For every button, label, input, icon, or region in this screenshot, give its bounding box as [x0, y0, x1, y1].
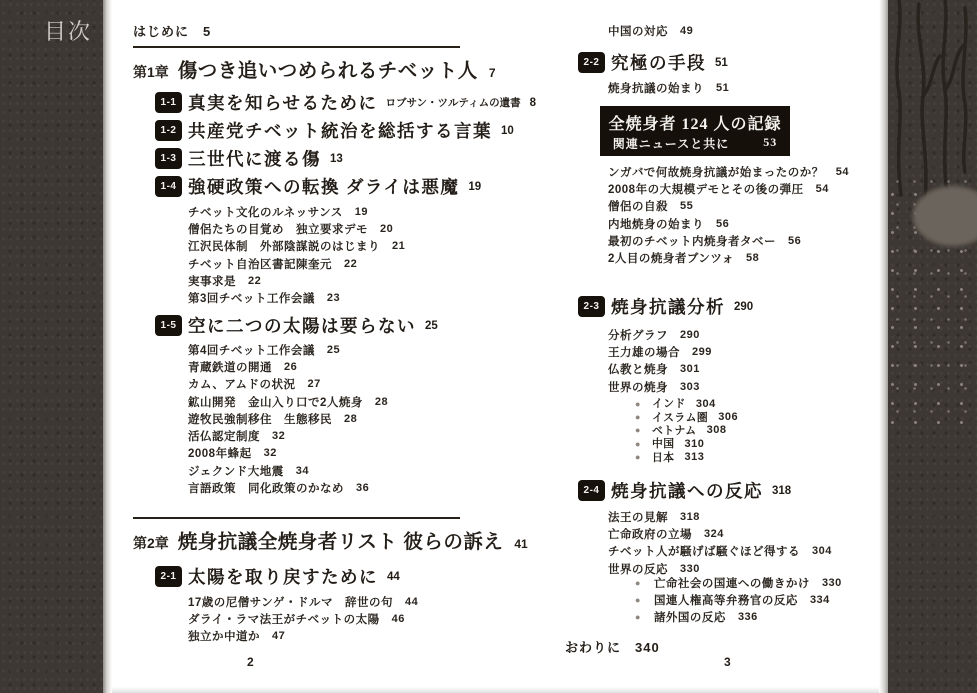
entry-label: 言語政策 同化政策のかなめ	[188, 480, 344, 496]
entry-page: 313	[685, 451, 705, 463]
entry-page: 44	[405, 596, 418, 608]
entry-label: 江沢民体制 外部陰謀説のはじまり	[188, 238, 380, 254]
divider-rule	[133, 517, 460, 519]
entry-page: 36	[356, 482, 369, 494]
section-2-2-entries: ンガバで何故焼身抗議が始まったのか？ 54 2008年の大規模デモとその後の弾圧…	[608, 163, 849, 267]
toc-entry: 実事求是 22	[188, 272, 405, 289]
entry-page: 46	[392, 613, 405, 625]
toc-entry: 青蔵鉄道の開通 26	[188, 358, 388, 375]
entry-page: 330	[680, 563, 700, 575]
section-1-4-entries: チベット文化のルネッサンス 19 僧侶たちの目覚め 独立要求デモ 20 江沢民体…	[188, 203, 405, 307]
record-box-title: 全焼身者 124 人の記録	[608, 111, 781, 134]
toc-entry: 仏教と焼身 301	[608, 361, 712, 378]
frontmatter-entry: はじめに 5	[133, 21, 211, 40]
section-1-3: 1-3 三世代に渡る傷 13	[155, 146, 343, 171]
chapter-title: 焼身抗議全焼身者リスト 彼らの訴え	[178, 526, 504, 554]
toc-entry: 世界の焼身 303	[608, 378, 712, 395]
entry-page: 58	[746, 252, 759, 264]
section-page: 8	[530, 97, 536, 109]
bullet-icon: ●	[635, 578, 641, 588]
entry-page: 20	[380, 223, 393, 235]
entry-page: 25	[327, 344, 340, 356]
entry-label: 日本	[652, 450, 675, 465]
entry-label: チベット自治区書記陳奎元	[188, 256, 332, 272]
toc-entry: 江沢民体制 外部陰謀説のはじまり 21	[188, 238, 405, 255]
record-box-page: 53	[763, 135, 777, 152]
backmatter-page: 340	[635, 640, 660, 655]
section-page: 318	[772, 485, 791, 497]
entry-label: 17歳の尼僧サンゲ・ドルマ 辞世の句	[188, 594, 393, 610]
section-2-1: 2-1 太陽を取り戻すために 44	[155, 564, 400, 589]
entry-label: 独立か中道か	[188, 628, 260, 644]
entry-page: 28	[344, 413, 357, 425]
toc-entry: 分析グラフ 290	[608, 326, 712, 343]
toc-entry: 最初のチベット内焼身者タベー 56	[608, 232, 849, 249]
entry-page: 34	[296, 465, 309, 477]
toc-entry: 17歳の尼僧サンゲ・ドルマ 辞世の句 44	[188, 593, 418, 610]
entry-page: 51	[716, 82, 729, 94]
toc-entry: 焼身抗議の始まり 51	[608, 80, 729, 96]
toc-entry: ジェクンド大地震 34	[188, 462, 388, 479]
toc-entry: ● 諸外国の反応 336	[635, 609, 842, 626]
toc-entry: チベット人が騒げば騒ぐほど得する 304	[608, 543, 832, 560]
toc-entry: 遊牧民強制移住 生態移民 28	[188, 410, 388, 427]
entry-page: 336	[738, 611, 758, 623]
section-badge: 2-1	[155, 566, 182, 587]
bullet-icon: ●	[635, 425, 641, 435]
section-title: 太陽を取り戻すために	[188, 564, 378, 589]
section-2-4-entries: 法王の見解 318 亡命政府の立場 324 チベット人が騒げば騒ぐほど得する 3…	[608, 508, 832, 577]
entry-page: 32	[264, 447, 277, 459]
toc-entry: 独立か中道か 47	[188, 628, 418, 645]
toc-entry: 言語政策 同化政策のかなめ 36	[188, 479, 388, 496]
entry-label: ンガバで何故焼身抗議が始まったのか？	[608, 164, 824, 180]
book-spread: はじめに 5 第1章 傷つき追いつめられるチベット人 7 1-1 真実を知らせる…	[103, 0, 888, 693]
entry-label: 青蔵鉄道の開通	[188, 359, 272, 375]
chapter-page: 7	[489, 66, 496, 80]
toc-entry: ンガバで何故焼身抗議が始まったのか？ 54	[608, 163, 849, 180]
entry-page: 324	[704, 528, 724, 540]
section-title: 強硬政策への転換 ダライは悪魔	[188, 174, 459, 199]
entry-label: 仏教と焼身	[608, 361, 668, 377]
section-page: 13	[330, 153, 343, 165]
section-badge: 2-4	[578, 480, 605, 501]
section-1-5: 1-5 空に二つの太陽は要らない 25	[155, 313, 438, 338]
section-page: 44	[387, 571, 400, 583]
toc-entry: 鉱山開発 金山入り口で2人焼身 28	[188, 393, 388, 410]
toc-entry: 2008年蜂起 32	[188, 445, 388, 462]
entry-label: 2008年の大規模デモとその後の弾圧	[608, 181, 804, 197]
bullet-icon: ●	[635, 595, 641, 605]
toc-entry: 亡命政府の立場 324	[608, 525, 832, 542]
entry-label: 最初のチベット内焼身者タベー	[608, 233, 776, 249]
entry-label: 焼身抗議の始まり	[608, 80, 704, 96]
entry-label: 第4回チベット工作会議	[188, 342, 315, 358]
entry-label: 中国の対応	[608, 23, 668, 39]
section-title: 焼身抗議への反応	[611, 478, 763, 503]
entry-page: 54	[836, 166, 849, 178]
section-badge: 1-4	[155, 176, 182, 197]
entry-page: 303	[680, 381, 700, 393]
toc-entry: 中国の対応 49	[608, 23, 693, 39]
entry-label: 諸外国の反応	[654, 609, 726, 625]
entry-label: 実事求是	[188, 273, 236, 289]
section-2-4: 2-4 焼身抗議への反応 318	[578, 478, 791, 503]
section-page: 51	[715, 57, 728, 69]
chapter-number: 第1章	[133, 62, 169, 82]
entry-label: チベット文化のルネッサンス	[188, 204, 343, 220]
chapter-number: 第2章	[133, 533, 169, 553]
section-page: 290	[734, 301, 753, 313]
bullet-icon: ●	[635, 412, 641, 422]
entry-label: 僧侶たちの目覚め 独立要求デモ	[188, 221, 368, 237]
entry-label: カム、アムドの状況	[188, 376, 296, 392]
toc-entry: ● 中国 310	[635, 437, 738, 450]
entry-page: 56	[716, 218, 729, 230]
toc-entry: チベット自治区書記陳奎元 22	[188, 255, 405, 272]
backmatter-entry: おわりに 340	[565, 637, 660, 656]
section-badge: 1-2	[155, 120, 182, 141]
entry-label: 鉱山開発 金山入り口で2人焼身	[188, 394, 363, 410]
chapter-title: 傷つき追いつめられるチベット人	[178, 55, 478, 83]
entry-label: 亡命政府の立場	[608, 526, 692, 542]
record-highlight-box: 全焼身者 124 人の記録 関連ニュースと共に 53	[600, 106, 790, 156]
entry-label: 遊牧民強制移住 生態移民	[188, 411, 332, 427]
entry-page: 19	[355, 206, 368, 218]
section-badge: 1-5	[155, 315, 182, 336]
section-1-5-entries: 第4回チベット工作会議 25 青蔵鉄道の開通 26 カム、アムドの状況 27 鉱…	[188, 341, 388, 497]
entry-page: 330	[822, 577, 842, 589]
backmatter-label: おわりに	[565, 637, 621, 656]
section-2-4-bullet-entries: ● 亡命社会の国連への働きかけ 330 ● 国連人権高等弁務官の反応 334 ●…	[635, 574, 842, 626]
toc-entry: 王力雄の場合 299	[608, 343, 712, 360]
section-2-3: 2-3 焼身抗議分析 290	[578, 294, 753, 319]
chapter-page: 41	[514, 537, 527, 551]
entry-page: 318	[680, 511, 700, 523]
entry-label: チベット人が騒げば騒ぐほど得する	[608, 543, 800, 559]
entry-label: 分析グラフ	[608, 327, 668, 343]
entry-page: 306	[718, 411, 738, 423]
chapter-1-heading: 第1章 傷つき追いつめられるチベット人 7	[133, 55, 496, 83]
entry-page: 47	[272, 630, 285, 642]
record-box-subtitle-text: 関連ニュースと共に	[613, 135, 729, 152]
toc-entry: 活仏認定制度 32	[188, 427, 388, 444]
entry-page: 54	[816, 183, 829, 195]
bullet-icon: ●	[635, 612, 641, 622]
entry-page: 334	[810, 594, 830, 606]
entry-page: 22	[344, 258, 357, 270]
section-2-1-entries: 17歳の尼僧サンゲ・ドルマ 辞世の句 44 ダライ・ラマ法王がチベットの太陽 4…	[188, 593, 418, 645]
toc-entry: 法王の見解 318	[608, 508, 832, 525]
entry-page: 23	[327, 292, 340, 304]
entry-label: ジェクンド大地震	[188, 463, 284, 479]
chapter-2-heading: 第2章 焼身抗議全焼身者リスト 彼らの訴え 41	[133, 526, 528, 554]
entry-page: 304	[812, 545, 832, 557]
section-title: 究極の手段	[611, 50, 706, 75]
entry-page: 308	[707, 424, 727, 436]
toc-entry: 第4回チベット工作会議 25	[188, 341, 388, 358]
section-page: 25	[425, 320, 438, 332]
entry-label: 世界の焼身	[608, 379, 668, 395]
entry-page: 32	[272, 430, 285, 442]
entry-label: 亡命社会の国連への働きかけ	[654, 575, 810, 591]
toc-entry: ● ベトナム 308	[635, 424, 738, 437]
entry-page: 304	[696, 398, 716, 410]
section-note: ロブサン・ツルティムの遺書	[385, 95, 520, 110]
entry-page: 27	[308, 378, 321, 390]
toc-entry: ● 亡命社会の国連への働きかけ 330	[635, 574, 842, 591]
section-1-4: 1-4 強硬政策への転換 ダライは悪魔 19	[155, 174, 481, 199]
bullet-icon: ●	[635, 452, 641, 462]
entry-label: 2人目の焼身者ブンツォ	[608, 250, 734, 266]
folio-right: 3	[724, 655, 731, 669]
section-title: 空に二つの太陽は要らない	[188, 313, 416, 338]
entry-page: 301	[680, 363, 700, 375]
toc-entry: ● インド 304	[635, 397, 738, 410]
toc-entry: 2人目の焼身者ブンツォ 58	[608, 249, 849, 266]
toc-entry: ● 国連人権高等弁務官の反応 334	[635, 591, 842, 608]
entry-page: 26	[284, 361, 297, 373]
toc-entry: カム、アムドの状況 27	[188, 376, 388, 393]
section-badge: 1-3	[155, 148, 182, 169]
entry-label: 僧侶の自殺	[608, 198, 668, 214]
toc-entry: チベット文化のルネッサンス 19	[188, 203, 405, 220]
toc-entry: 僧侶の自殺 55	[608, 198, 849, 215]
bullet-icon: ●	[635, 399, 641, 409]
section-2-3-entries: 分析グラフ 290 王力雄の場合 299 仏教と焼身 301 世界の焼身 303	[608, 326, 712, 395]
entry-label: 法王の見解	[608, 509, 668, 525]
entry-label: 王力雄の場合	[608, 344, 680, 360]
toc-overlay-title: 目次	[44, 15, 92, 46]
toc-entry: 2008年の大規模デモとその後の弾圧 54	[608, 180, 849, 197]
entry-page: 28	[375, 396, 388, 408]
section-page: 10	[501, 125, 514, 137]
bullet-icon: ●	[635, 439, 641, 449]
section-title: 焼身抗議分析	[611, 294, 725, 319]
toc-entry: 内地焼身の始まり 56	[608, 215, 849, 232]
section-1-2: 1-2 共産党チベット統治を総括する言葉 10	[155, 118, 514, 143]
section-title: 三世代に渡る傷	[188, 146, 321, 171]
frontmatter-label: はじめに	[133, 21, 189, 40]
toc-entry: ● イスラム圏 306	[635, 410, 738, 423]
entry-label: 国連人権高等弁務官の反応	[654, 592, 798, 608]
entry-label: 活仏認定制度	[188, 428, 260, 444]
entry-page: 22	[248, 275, 261, 287]
entry-label: 内地焼身の始まり	[608, 216, 704, 232]
entry-page: 299	[692, 346, 712, 358]
toc-entry: ● 日本 313	[635, 451, 738, 464]
entry-page: 290	[680, 329, 700, 341]
section-2-3-bullet-entries: ● インド 304 ● イスラム圏 306 ● ベトナム 308 ● 中国 31…	[635, 397, 738, 464]
record-box-subtitle: 関連ニュースと共に 53	[613, 135, 777, 152]
folio-left: 2	[247, 655, 254, 669]
section-badge: 2-2	[578, 52, 605, 73]
section-title: 共産党チベット統治を総括する言葉	[188, 118, 492, 143]
section-title: 真実を知らせるために	[188, 90, 377, 115]
entry-page: 49	[680, 25, 693, 37]
entry-page: 56	[788, 235, 801, 247]
entry-page: 21	[392, 240, 405, 252]
entry-label: 第3回チベット工作会議	[188, 290, 315, 306]
section-2-2: 2-2 究極の手段 51	[578, 50, 728, 75]
page-edge-right	[879, 0, 888, 693]
divider-rule	[133, 46, 460, 48]
entry-page: 310	[685, 438, 705, 450]
toc-entry: 第3回チベット工作会議 23	[188, 289, 405, 306]
page-edge-left	[103, 0, 112, 693]
section-badge: 2-3	[578, 296, 605, 317]
entry-page: 55	[680, 200, 693, 212]
entry-label: 2008年蜂起	[188, 445, 252, 461]
section-1-1: 1-1 真実を知らせるために ロブサン・ツルティムの遺書 8	[155, 90, 536, 115]
entry-label: ダライ・ラマ法王がチベットの太陽	[188, 611, 380, 627]
frontmatter-page: 5	[203, 24, 211, 39]
section-page: 19	[468, 181, 481, 193]
toc-entry: ダライ・ラマ法王がチベットの太陽 46	[188, 610, 418, 627]
section-badge: 1-1	[155, 92, 182, 113]
toc-entry: 僧侶たちの目覚め 独立要求デモ 20	[188, 220, 405, 237]
